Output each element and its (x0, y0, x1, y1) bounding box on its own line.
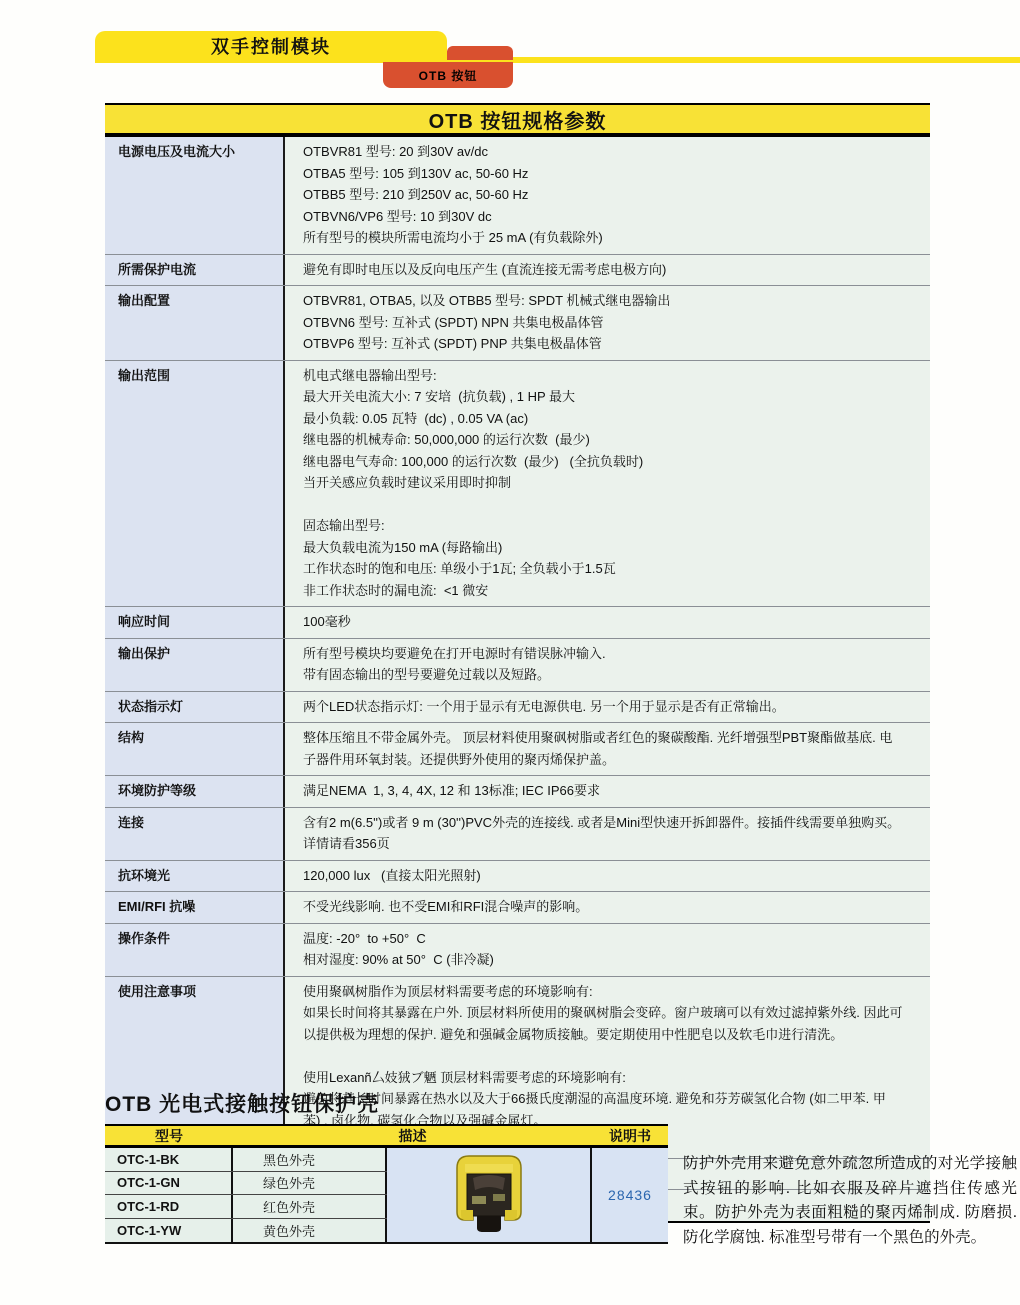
category-tab: OTB 按钮 (383, 62, 513, 88)
spec-line: 最大开关电流大小: 7 安培 (抗负载) , 1 HP 最大 (303, 386, 920, 408)
spec-line: OTBB5 型号: 210 到250V ac, 50-60 Hz (303, 184, 920, 206)
model-description: 绿色外壳 (233, 1172, 387, 1195)
spec-row-content: 不受光线影响. 也不受EMI和RFI混合噪声的影响。 (285, 892, 930, 923)
spec-row-label: 结构 (105, 723, 285, 775)
models-table: 型号 描述 说明书 OTC-1-BK 黑色外壳 OTC-1-GN 绿色外壳 OT… (105, 1124, 668, 1244)
spec-line: 120,000 lux (直接太阳光照射) (303, 865, 920, 887)
spec-line: 最大负载电流为150 mA (每路输出) (303, 537, 920, 559)
spec-line: 满足NEMA 1, 3, 4, 4X, 12 和 13标准; IEC IP66要… (303, 780, 920, 802)
spec-line: OTBVR81 型号: 20 到30V av/dc (303, 141, 920, 163)
spec-row-content: 100毫秒 (285, 607, 930, 638)
spec-line (303, 1045, 920, 1067)
spec-line: 以提供极为理想的保护. 避免和强碱金属物质接触。要定期使用中性肥皂以及软毛巾进行… (303, 1024, 920, 1046)
category-tab-label: OTB 按钮 (419, 67, 478, 84)
model-description: 黑色外壳 (233, 1148, 387, 1171)
spec-line: 相对湿度: 90% at 50° C (非冷凝) (303, 949, 920, 971)
spec-line: 如果长时间将其暴露在户外. 顶层材料所使用的聚砜树脂会变碎。窗户玻璃可以有效过滤… (303, 1002, 920, 1024)
spec-line: 100毫秒 (303, 611, 920, 633)
spec-line: 继电器电气寿命: 100,000 的运行次数 (最少) (全抗负载时) (303, 451, 920, 473)
spec-line (303, 494, 920, 516)
spec-line: 避免将其长时间暴露在热水以及大于66摄氏度潮湿的高温度环境. 避免和芬芳碳氢化合… (303, 1088, 920, 1110)
info-paragraph: 防护外壳用来避免意外疏忽所造成的对光学接触式按钮的影响. 比如衣服及碎片遮挡住传… (683, 1152, 1017, 1250)
spec-row: 输出配置 OTBVR81, OTBA5, 以及 OTBB5 型号: SPDT 机… (105, 285, 930, 360)
spec-line: 含有2 m(6.5'')或者 9 m (30'')PVC外壳的连接线. 或者是M… (303, 812, 920, 834)
product-image-cell (387, 1148, 592, 1242)
spec-line: 两个LED状态指示灯: 一个用于显示有无电源供电. 另一个用于显示是否有正常输出… (303, 696, 920, 718)
spec-row-label: 环境防护等级 (105, 776, 285, 807)
spec-line: 最小负载: 0.05 瓦特 (dc) , 0.05 VA (ac) (303, 408, 920, 430)
spec-row-label: 操作条件 (105, 924, 285, 976)
spec-row: EMI/RFI 抗噪 不受光线影响. 也不受EMI和RFI混合噪声的影响。 (105, 891, 930, 923)
model-name: OTC-1-BK (105, 1148, 233, 1171)
spec-row-label: 输出保护 (105, 639, 285, 691)
section-title: OTB 光电式接触按钮保护壳 (105, 1088, 379, 1118)
spec-row: 输出范围 机电式继电器输出型号:最大开关电流大小: 7 安培 (抗负载) , 1… (105, 360, 930, 607)
spec-table-title: OTB 按钮规格参数 (429, 105, 607, 134)
spec-line: 使用Lexanñ厶妓狨ブ魉 顶层材料需要考虑的环境影响有: (303, 1067, 920, 1089)
spec-row: 操作条件 温度: -20° to +50° C相对湿度: 90% at 50° … (105, 923, 930, 976)
spec-row-label: 状态指示灯 (105, 692, 285, 723)
spec-row-content: 120,000 lux (直接太阳光照射) (285, 861, 930, 892)
spec-row-label: 输出范围 (105, 361, 285, 607)
spec-row-content: 温度: -20° to +50° C相对湿度: 90% at 50° C (非冷… (285, 924, 930, 976)
spec-row: 所需保护电流 避免有即时电压以及反向电压产生 (直流连接无需考虑电极方向) (105, 254, 930, 286)
spec-line: 带有固态输出的型号要避免过载以及短路。 (303, 664, 920, 686)
spec-line: 不受光线影响. 也不受EMI和RFI混合噪声的影响。 (303, 896, 920, 918)
model-row: OTC-1-YW 黄色外壳 (105, 1219, 387, 1243)
catalog-page: 双手控制模块 OTB 按钮 OTB 按钮规格参数 电源电压及电流大小 OTBVR… (0, 0, 1020, 1305)
spec-line: 当开关感应负载时建议采用即时抑制 (303, 472, 920, 494)
spec-row: 环境防护等级 满足NEMA 1, 3, 4, 4X, 12 和 13标准; IE… (105, 775, 930, 807)
spec-row-label: 电源电压及电流大小 (105, 137, 285, 254)
spec-row-label: 所需保护电流 (105, 255, 285, 286)
model-row: OTC-1-GN 绿色外壳 (105, 1172, 387, 1196)
model-name: OTC-1-RD (105, 1195, 233, 1218)
page-tab: 双手控制模块 (95, 31, 447, 61)
spec-row-content: OTBVR81 型号: 20 到30V av/dcOTBA5 型号: 105 到… (285, 137, 930, 254)
spec-line: 所有型号模块均要避免在打开电源时有错误脉冲输入. (303, 643, 920, 665)
spec-row-content: 机电式继电器输出型号:最大开关电流大小: 7 安培 (抗负载) , 1 HP 最… (285, 361, 930, 607)
spec-line: 所有型号的模块所需电流均小于 25 mA (有负载除外) (303, 227, 920, 249)
spec-row: 结构 整体压缩且不带金属外壳。 顶层材料使用聚砜树脂或者红色的聚碳酸酯. 光纤增… (105, 722, 930, 775)
spec-line: 详情请看356页 (303, 833, 920, 855)
spec-table: 电源电压及电流大小 OTBVR81 型号: 20 到30V av/dcOTBA5… (105, 137, 930, 1223)
spec-line: 固态输出型号: (303, 515, 920, 537)
spec-line: OTBA5 型号: 105 到130V ac, 50-60 Hz (303, 163, 920, 185)
spec-row: 电源电压及电流大小 OTBVR81 型号: 20 到30V av/dcOTBA5… (105, 137, 930, 254)
header-manual: 说明书 (592, 1126, 668, 1146)
spec-line: 机电式继电器输出型号: (303, 365, 920, 387)
spec-row: 连接 含有2 m(6.5'')或者 9 m (30'')PVC外壳的连接线. 或… (105, 807, 930, 860)
model-rows: OTC-1-BK 黑色外壳 OTC-1-GN 绿色外壳 OTC-1-RD 红色外… (105, 1148, 387, 1242)
spec-line: 使用聚砜树脂作为顶层材料需要考虑的环境影响有: (303, 981, 920, 1003)
spec-row-label: 响应时间 (105, 607, 285, 638)
model-description: 黄色外壳 (233, 1219, 387, 1243)
model-description: 红色外壳 (233, 1195, 387, 1218)
spec-line: 温度: -20° to +50° C (303, 928, 920, 950)
spec-row-content: 满足NEMA 1, 3, 4, 4X, 12 和 13标准; IEC IP66要… (285, 776, 930, 807)
spec-row: 抗环境光 120,000 lux (直接太阳光照射) (105, 860, 930, 892)
spec-line: 继电器的机械寿命: 50,000,000 的运行次数 (最少) (303, 429, 920, 451)
spec-table-banner: OTB 按钮规格参数 (105, 103, 930, 137)
spec-line: OTBVP6 型号: 互补式 (SPDT) PNP 共集电极晶体管 (303, 333, 920, 355)
spec-row-label: 连接 (105, 808, 285, 860)
spec-line: 子器件用环氧封装。还提供野外使用的聚丙烯保护盖。 (303, 749, 920, 771)
manual-link[interactable]: 28436 (608, 1187, 652, 1203)
spec-line: 避免有即时电压以及反向电压产生 (直流连接无需考虑电极方向) (303, 259, 920, 281)
header-model: 型号 (105, 1126, 233, 1146)
model-row: OTC-1-BK 黑色外壳 (105, 1148, 387, 1172)
protective-housing-photo (435, 1150, 543, 1240)
spec-row-label: EMI/RFI 抗噪 (105, 892, 285, 923)
header-description: 描述 (233, 1126, 592, 1146)
spec-row-label: 抗环境光 (105, 861, 285, 892)
spec-line: OTBVN6/VP6 型号: 10 到30V dc (303, 206, 920, 228)
spec-row-content: 整体压缩且不带金属外壳。 顶层材料使用聚砜树脂或者红色的聚碳酸酯. 光纤增强型P… (285, 723, 930, 775)
spec-row-label: 输出配置 (105, 286, 285, 360)
models-table-header: 型号 描述 说明书 (105, 1124, 668, 1148)
spec-line: 工作状态时的饱和电压: 单级小于1瓦; 全负载小于1.5瓦 (303, 558, 920, 580)
spec-row: 响应时间 100毫秒 (105, 606, 930, 638)
model-row: OTC-1-RD 红色外壳 (105, 1195, 387, 1219)
model-name: OTC-1-YW (105, 1219, 233, 1243)
category-tab-top (447, 46, 513, 60)
spec-row: 输出保护 所有型号模块均要避免在打开电源时有错误脉冲输入.带有固态输出的型号要避… (105, 638, 930, 691)
model-name: OTC-1-GN (105, 1172, 233, 1195)
spec-line: 整体压缩且不带金属外壳。 顶层材料使用聚砜树脂或者红色的聚碳酸酯. 光纤增强型P… (303, 727, 920, 749)
spec-row-content: 避免有即时电压以及反向电压产生 (直流连接无需考虑电极方向) (285, 255, 930, 286)
manual-cell: 28436 (592, 1148, 668, 1242)
spec-row-content: 两个LED状态指示灯: 一个用于显示有无电源供电. 另一个用于显示是否有正常输出… (285, 692, 930, 723)
spec-row-content: OTBVR81, OTBA5, 以及 OTBB5 型号: SPDT 机械式继电器… (285, 286, 930, 360)
spec-row: 状态指示灯 两个LED状态指示灯: 一个用于显示有无电源供电. 另一个用于显示是… (105, 691, 930, 723)
spec-line: OTBVN6 型号: 互补式 (SPDT) NPN 共集电极晶体管 (303, 312, 920, 334)
page-tab-label: 双手控制模块 (211, 33, 331, 59)
spec-row-content: 含有2 m(6.5'')或者 9 m (30'')PVC外壳的连接线. 或者是M… (285, 808, 930, 860)
spec-line: OTBVR81, OTBA5, 以及 OTBB5 型号: SPDT 机械式继电器… (303, 290, 920, 312)
spec-row-content: 所有型号模块均要避免在打开电源时有错误脉冲输入.带有固态输出的型号要避免过载以及… (285, 639, 930, 691)
spec-line: 非工作状态时的漏电流: <1 微安 (303, 580, 920, 602)
